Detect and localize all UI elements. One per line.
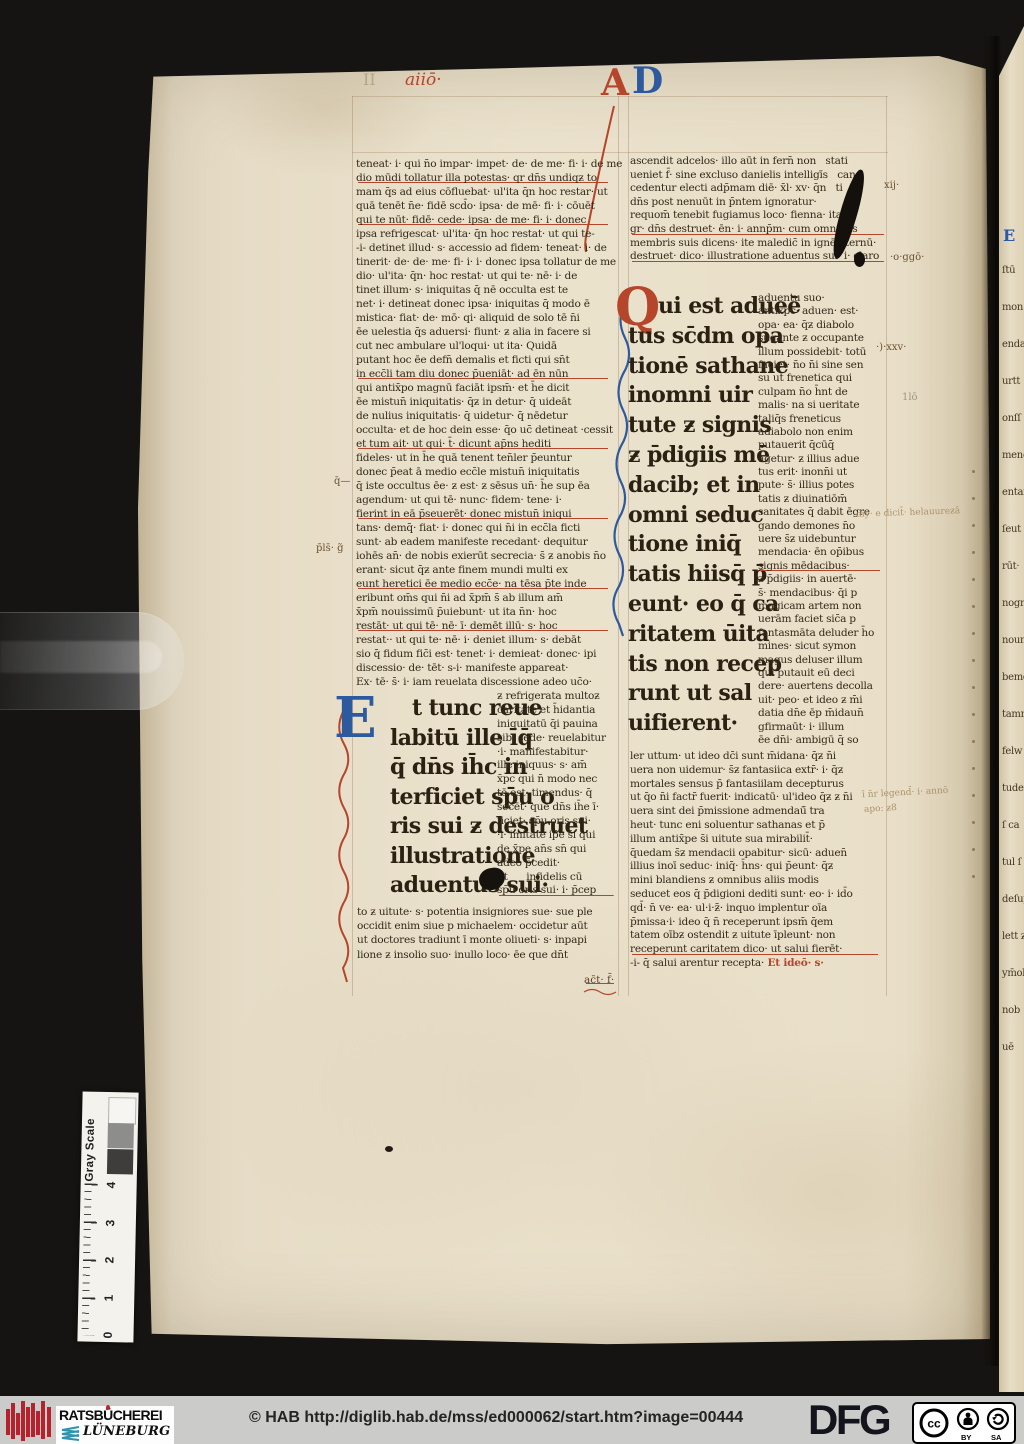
text-line: tude [1002,770,1024,807]
text-line: x̄pm̄ nouissimū p̄uiebunt· ut ita n̄n· h… [356,605,622,619]
text-line: discessio· de· tēt· s-i· manifeste appar… [356,661,622,675]
pricking-hole [972,524,975,527]
pricking-hole [972,875,975,878]
text-line: gando demones n̄o [758,520,886,533]
ruler-numbers: 43210 [83,1091,139,1092]
text-line: ym̄ol [1002,955,1024,992]
rubricated-text: Et ideō· s· [764,957,824,969]
pricking-hole [972,659,975,662]
text-line: membris suis dicens· ite maledic̄ in ign… [630,237,898,251]
running-title-letter-d: D [632,60,663,102]
text-line: datia dn̄e ēp m̄idaun̄ [758,707,886,720]
ruling-line [352,96,353,996]
ink-blot-drip [854,252,865,267]
ratsbuecherei-bars-icon [6,1401,52,1441]
text-line: ēe dn̄i· ambigū q̄ so [758,734,886,747]
text-line: mendacia· ēn op̄ibus [758,546,886,559]
text-line: su ut frenetica qui [758,372,886,385]
text-line: ·i· imitate ip̄e s̄i qui [497,829,619,843]
pricking-hole [972,470,975,473]
catchword: ac̄t· f̄· [584,974,614,986]
cc-license-badge: cc BY SA [912,1402,1016,1444]
logo-red-dot [106,1405,110,1410]
text-line: sugante ƶ occupante [758,332,886,345]
text-line: restat·· ut qui te· nē· i· deniet illum·… [356,633,622,647]
text-line: illius inoī seduc· iniq̄· h̄ns· qui p̄eu… [630,860,892,874]
manuscript-page: II aiiō· A D teneat· i· qui n̄o impar· i… [138,56,990,1348]
cc-icon: cc [918,1407,950,1439]
text-line: ille iniquus· s· am̄ [497,759,619,773]
text-line: malis· na si ueritate [758,399,886,412]
text-line: ſ ca [1002,807,1024,844]
ruler-number: 3 [103,1219,117,1226]
text-line: uera sint dei p̄missione admendaū̄ tra [630,805,892,819]
gray-patch-mid [107,1123,134,1149]
text-line: uit· peo· et ideo ƶ m̄i [758,694,886,707]
text-line: erant· sicut q̄ƶ ante finem mundi multi … [356,563,622,577]
text-line: mistica· fiat· de· mō· qi· aliquid de so… [356,311,622,325]
next-page-text-fragments: ſtūmonendaurttonſſmendentanſeutrūt·nogrn… [1002,252,1024,1066]
library-name-line2: LÜNEBURG [83,1424,170,1439]
text-line: aduentu suo· [758,292,886,305]
text-line: noun [1002,622,1024,659]
ruler-number: 2 [102,1257,116,1264]
text-line: pute· s̄· illius potes [758,479,886,492]
text-line: antix̄pc· aduen· est· [758,305,886,318]
text-line: heut· tunc eni soluentur sathanas et p̄ [630,819,892,833]
commentary-column-1-right: ƶ refrigerata multoƶcaritate et h̄idanti… [497,690,619,898]
pricking-hole [972,821,975,824]
book-icon [60,1426,81,1442]
text-line: signis mēdacibus· [758,560,886,573]
margin-note-faded-2b: apo: ƶ8 [864,803,897,815]
text-line: eribunt om̄s qui n̄i ad x̄pm̄ s̄ ab illu… [356,591,622,605]
text-line: secēt· quē dn̄s ih̄e ī· [497,801,619,815]
text-line: felw [1002,733,1024,770]
text-line: dio· ul'ita· q̄n· hoc restat· ut qui te·… [356,269,622,283]
viewer-footer: RATSBÜCHEREI LÜNEBURG © HAB http://digli… [0,1396,1024,1444]
text-line: ficiet· sp̄u oris sui· [497,815,619,829]
gray-patch-dark [107,1149,134,1175]
text-line: culpam n̄o h̄nt de [758,386,886,399]
grayscale-ruler: Gray Scale 43210 [77,1091,138,1342]
text-line: mam q̄s ad eius cōfluebat· ul'ita q̄n ho… [356,185,622,199]
text-line: gfirmaūt· i· illum [758,721,886,734]
text-line: fideles· ut in h̄e quā tenent ten̄ler p̄… [356,451,622,465]
text-line: tans· demq̄· fiat· i· donec qui n̄i in e… [356,521,622,535]
next-page-edge: E ſtūmonendaurttonſſmendentanſeutrūt·nog… [999,20,1024,1392]
page-holder-clamp [0,612,184,710]
text-line: uere s̄ƶ uidebuntur [758,533,886,546]
text-line: s̄· mendacibus· q̄i p [758,587,886,600]
text-line: qui putauit eū deci [758,667,886,680]
text-line: qd̄· n̄ ve· ea· ul·i·ƶ̄· inquo implentur… [630,902,892,916]
text-line: eunt heretici ēe medio ecc̄e· na tēsa p̄… [356,577,622,591]
cc-sa-label: SA [991,1433,1001,1442]
running-title-left: aiiō· [405,70,442,90]
text-line: adeo p̄cedit· [497,857,619,871]
margin-note-pencil: 1lō [902,392,918,403]
text-line: ut q̄o n̄i factr̄ fuerit· indicatū· ul'i… [630,791,892,805]
text-line: tatem oībƶ ostendit ƶ uitute īpleunt· no… [630,929,892,943]
text-line: teneat· i· qui n̄o impar· impet· de· de … [356,157,622,171]
text-line: ut doctores tradiunt ī monte oliueti· s·… [357,933,619,947]
cc-sa-icon [986,1407,1010,1431]
pricking-hole [972,848,975,851]
text-line: mines· sicut symon [758,640,886,653]
text-line: rūt· [1002,548,1024,585]
text-line: ascendit adcelos· illo aūt in fern̄ non … [630,155,898,169]
text-line: nogr [1002,585,1024,622]
clamp-highlight [0,641,162,672]
margin-note-left-1: p̄ls̄· g̃ [316,543,344,554]
text-line: restāt· ut qui tē· nē· ī· demēt illū· s·… [356,619,622,633]
text-line: enda [1002,326,1024,363]
text-line: entan [1002,474,1024,511]
pricking-hole [972,605,975,608]
next-page-initial: E [1003,226,1015,245]
pricking-hole [972,713,975,716]
cc-by-label: BY [961,1433,971,1442]
text-line: uē [1002,1029,1024,1066]
text-line: Ex· tē· s̄· i· iam reuelata discessione … [356,675,622,689]
text-line: agendum· ut qui tē· nunc· fidem· tene· i… [356,493,622,507]
pricking-hole [972,794,975,797]
text-line: qui antix̄po magnū faciāt ipsm̄· et h̄e … [356,381,622,395]
text-line: sibi sede· reuelabitur [497,732,619,746]
library-name-line1: RATSBÜCHEREI [59,1407,162,1423]
text-line: q̄ iste occultus ēe· ƶ est· ƶ sēsus un̄·… [356,479,622,493]
pricking-hole [972,551,975,554]
text-line: mortales sensus p̄ fantasiilam decepturu… [630,778,892,792]
commentary-column-1-bottom: to ƶ uitute· s· potentia insigniores sue… [357,905,619,962]
text-line: ſeut [1002,511,1024,548]
text-line: qui te nūt· fidē· cede· ipsa· de me· fi·… [356,213,622,227]
text-line: de x̄pe an̄s sn̄ qui [497,843,619,857]
text-line: tinerit· de· de· me· fi· i· i· donec ips… [356,255,622,269]
pricking-hole [972,740,975,743]
text-line: tatis ƶ diuinatiōm̄ [758,493,886,506]
ruler-number: 1 [102,1294,116,1301]
text-line: seducet eos q̄ p̄digioni dediti sunt· eo… [630,888,892,902]
text-line: de nulius iniquitatis· q̄ uidetur· q̄ nē… [356,409,622,423]
text-line: q̄uedam s̄ƶ mendacii opabitur· sicū· adu… [630,847,892,861]
text-line: dio mūdi tollatur illa potestas· qr dn̄s… [356,171,622,185]
text-line: caritate et h̄idantia [497,704,619,718]
commentary-column-2-right: aduentu suo·antix̄pc· aduen· est·opa· ea… [758,292,886,747]
text-line: magus deluser illum [758,654,886,667]
dfg-logo: DFG [808,1396,889,1444]
text-line: dere· auertens decolla [758,680,886,693]
text-line: tamr [1002,696,1024,733]
text-line: donec p̄eat ā medio ecc̄le mistun̄ iniqu… [356,465,622,479]
text-line: bemd [1002,659,1024,696]
text-line: mon [1002,289,1024,326]
illuminated-initial-e: E [334,690,377,746]
pricking-hole [972,497,975,500]
margin-note-xij: xij· [884,180,899,191]
text-line: mend [1002,437,1024,474]
text-line: tinet illum· s· iniquitas q̄ nē occulta … [356,283,622,297]
text-line: tul ſ [1002,844,1024,881]
text-line: iohēs an̄· de nobis exierūt secrecia· s̄… [356,549,622,563]
text-line: sunt· ab eadem manifeste recedant· dequi… [356,535,622,549]
text-line: to ƶ uitute· s· potentia insigniores sue… [357,905,619,919]
ruler-number: 4 [104,1182,118,1189]
cc-by-icon [956,1407,980,1431]
margin-note-oggo: ·o·ggō· [890,252,924,263]
ruling-line [352,152,888,153]
text-line: uerām faciet sic̄a p [758,613,886,626]
gutter-shadow [981,36,1001,1366]
text-line: fantasmāta deluder h̄o [758,627,886,640]
svg-text:cc: cc [927,1417,941,1431]
text-line: occulta· et de hoc dein esse· q̄o uc̄ de… [356,423,622,437]
text-line: et tum ait· ut qui· t̄· dicunt ap̄ns hed… [356,437,622,451]
show-through-ghost-text: II [363,70,376,89]
running-title-letter-a: A [601,62,629,104]
text-line: occidit enim siue p michaelem· occidetur… [357,919,619,933]
pricking-hole [972,686,975,689]
pricking-hole [972,767,975,770]
text-line: ēe mistun̄ iniquitatis· q̄ƶ in detur· q̄… [356,395,622,409]
ruler-label: Gray Scale [84,1096,98,1182]
text-line: cut nec ambulare ul'loqui· ut ita· Quidā [356,339,622,353]
text-line: -i- q̄ salui arentur recepta· Et ideō· s… [630,957,892,971]
digitized-manuscript-viewer: II aiiō· A D teneat· i· qui n̄o impar· i… [0,0,1024,1444]
text-line: onſſ [1002,400,1024,437]
text-line: nob [1002,992,1024,1029]
text-line: quā tenēt n̄e· fidē scd̄o· ipsa· de mē· … [356,199,622,213]
text-line: sio q̄ fidum fic̄i est· tenet· i· demiea… [356,647,622,661]
text-line: p̄missa·i· ideo q̄ n̄ receperunt ipsm̄ q… [630,916,892,930]
text-line: ·i· manifestabitur· [497,746,619,760]
text-line: ipsa refrigescat· ul'ita· q̄n hoc restat… [356,227,622,241]
text-line: agetur· ƶ illius adue [758,453,886,466]
library-logo: RATSBÜCHEREI LÜNEBURG [56,1406,174,1444]
text-line: fierint in eā p̄seuerēt· donec mistun̄ i… [356,507,622,521]
text-line: mini blandiens ƶ omnibus aliis modis [630,874,892,888]
text-line: taliq̄s freneticus [758,413,886,426]
text-line: tus erit· inonn̄i ut [758,466,886,479]
commentary-column-2-bottom: ler uttum· ut ideo dc̄i sunt m̄idana· q̄… [630,750,892,971]
margin-note-left-2: q̄— [334,476,350,487]
text-line: tē est· timendus· q̄ [497,787,619,801]
text-line: urtt [1002,363,1024,400]
text-line: ler uttum· ut ideo dc̄i sunt m̄idana· q̄… [630,750,892,764]
text-line: -i- detinet illud· s· accessio ad fidem·… [356,241,622,255]
commentary-column-1: teneat· i· qui n̄o impar· impet· de· de … [356,157,622,689]
text-line: adiabolo non enim [758,426,886,439]
text-line: deſup [1002,881,1024,918]
text-line: illum possidebit· totū [758,346,886,359]
text-line: sp̄u oris sui· i· p̄cep [497,884,619,898]
text-line: lett ƶ [1002,918,1024,955]
text-line: faciet· n̄o n̄i sine sen [758,359,886,372]
text-line: iniquitatū q̄i pauina [497,718,619,732]
pricking-hole [972,632,975,635]
text-line: illum antix̄pe s̄i uitute sua mirabilit̄… [630,833,892,847]
gray-patch-white [108,1097,137,1125]
text-line: x̄pc qui n̄ modo nec [497,773,619,787]
text-line: in ecc̄li tam diu donec p̄ueniāt· ad ēn … [356,367,622,381]
pricking-hole [972,578,975,581]
margin-note-xxv: ·)·xxv· [876,342,906,353]
text-line: ƶ p̄digiis· in auertē· [758,573,886,586]
text-line: ēe uelestia q̄s aduersi· fiunt· ƶ alia i… [356,325,622,339]
text-line: ƶ refrigerata multoƶ [497,690,619,704]
ruler-ticks [82,1184,99,1336]
text-line: ſtū [1002,252,1024,289]
text-line: net· i· detineat donec ipsa· iniquitas q… [356,297,622,311]
text-line: uera non uidemur· s̄ƶ fantasiica extr̄· … [630,764,892,778]
text-line: receperunt caritatem dico· ut salui fier… [630,943,892,957]
text-line: magicam artem non [758,600,886,613]
text-line: putant hoc ēe defn̄ demalis et ficti qui… [356,353,622,367]
text-line: lione ƶ insolio suo· inullo loco· ēe que… [357,948,619,962]
text-line: gr· dn̄s destruet· ēn· i· annp̄m· cum om… [630,223,898,237]
copyright-url-text: © HAB http://diglib.hab.de/mss/ed000062/… [249,1409,743,1427]
text-line: ut infidelis cū [497,871,619,885]
text-line: putauerit q̄cūq̄ [758,439,886,452]
parchment-speck [385,1146,393,1152]
text-line: opa· ea· q̄ƶ diabolo [758,319,886,332]
ruler-number: 0 [101,1332,115,1339]
